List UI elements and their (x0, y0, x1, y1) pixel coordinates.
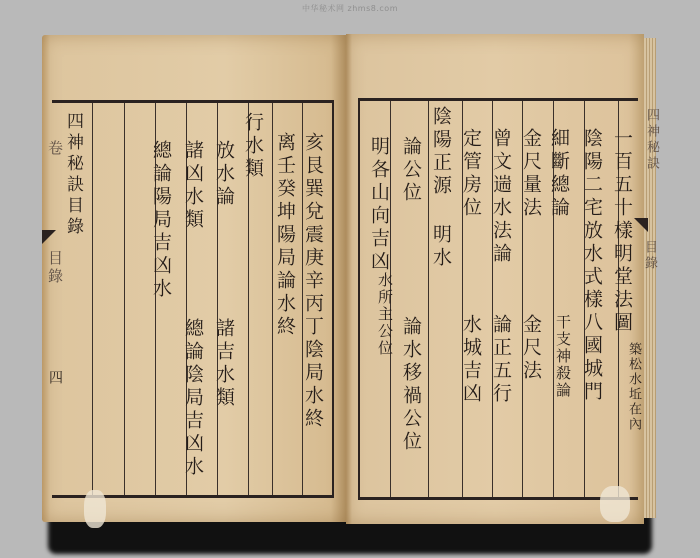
toc-entry: 陰陽二宅放水式樣八國城門 (581, 128, 603, 404)
banxin-section: 目錄 (44, 250, 66, 286)
column-rule (124, 103, 125, 495)
toc-entry: 明各山向吉凶 (368, 136, 390, 274)
toc-entry: 總論陽局吉凶水 (150, 140, 172, 301)
banxin-text: 卷 (44, 140, 66, 158)
column-rule (272, 103, 273, 495)
toc-entry: 金尺法 (520, 314, 542, 383)
toc-entry: 水城吉凶 (460, 314, 482, 406)
toc-entry: 干支神殺論 (552, 314, 574, 399)
toc-entry: 明水 (430, 224, 452, 270)
toc-entry: 放水論 (213, 140, 235, 209)
toc-title: 四神秘訣目錄 (62, 112, 84, 238)
toc-entry: 亥艮巽兌震庚辛丙丁陰局水終 (302, 132, 324, 431)
paper-damage (600, 486, 630, 522)
toc-entry: 定管房位 (460, 128, 482, 220)
toc-entry: 諸凶水類 (182, 140, 204, 232)
banxin-section: 目錄 (638, 240, 660, 272)
column-rule (92, 103, 93, 495)
toc-entry: 論水移禍公位 (400, 316, 422, 454)
toc-entry: 行水類 (242, 112, 264, 181)
toc-entry: 金尺量法 (520, 128, 542, 220)
toc-note: 築松水坵在內 (622, 342, 644, 432)
site-watermark: 中华秘术网 zhms8.com (0, 3, 700, 14)
toc-entry: 總論陰局吉凶水 (182, 318, 204, 479)
toc-entry: 論正五行 (490, 314, 512, 406)
toc-entry: 細斷總論 (548, 128, 570, 220)
column-rule (428, 101, 429, 497)
toc-entry: 陰陽正源 (430, 106, 452, 198)
toc-entry: 曾文遄水法論 (490, 128, 512, 266)
page-number: 四 (45, 370, 65, 384)
paper-damage (84, 490, 106, 528)
margin-title: 四神秘訣 (640, 108, 662, 172)
toc-note: 水所主公位 (374, 272, 396, 357)
toc-entry: 論公位 (400, 136, 422, 205)
toc-entry: 諸吉水類 (213, 318, 235, 410)
toc-entry: 一百五十樣明堂法圖 (611, 128, 633, 335)
toc-entry: 离壬癸坤陽局論水終 (274, 132, 296, 339)
